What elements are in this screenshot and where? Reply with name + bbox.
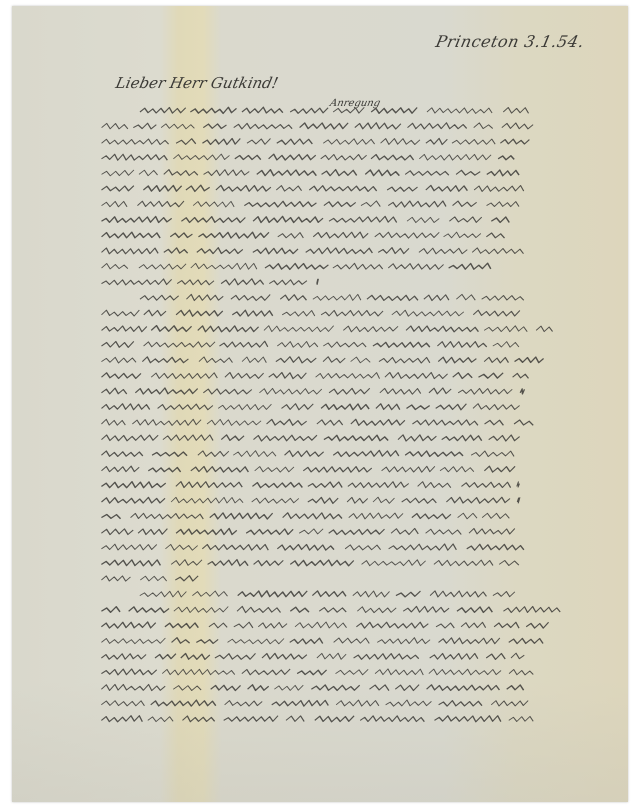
handwritten-body — [0, 0, 640, 810]
